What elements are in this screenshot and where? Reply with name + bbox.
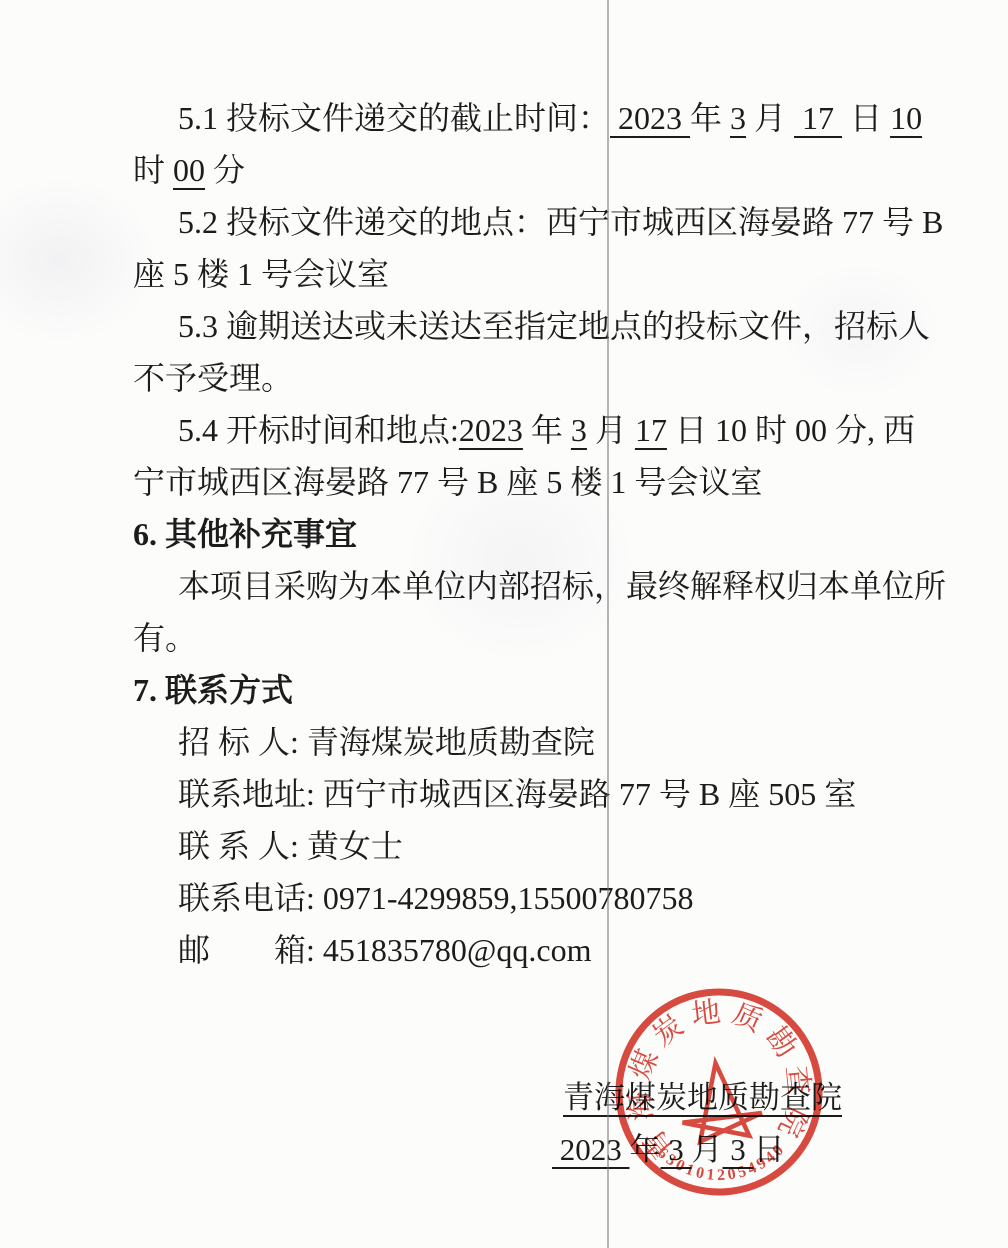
line-15-segment-0: 联 系 人: 黄女士 (178, 828, 403, 864)
line-7-segment-5: 17 (635, 412, 667, 448)
line-3-segment-0: 5.2 投标文件递交的地点：西宁市城西区海晏路 77 号 B (178, 204, 943, 240)
text-line-8: 宁市城西区海晏路 77 号 B 座 5 楼 1 号会议室 (133, 456, 946, 508)
line-7-segment-1: 2023 (459, 412, 523, 448)
line-2-segment-0: 时 (133, 152, 173, 188)
text-line-7: 5.4 开标时间和地点:2023 年 3 月 17 日 10 时 00 分, 西 (133, 404, 946, 456)
line-1-segment-1: 2023 (610, 100, 690, 136)
line-6-segment-0: 不予受理。 (133, 360, 293, 396)
line-14-segment-0: 联系地址: 西宁市城西区海晏路 77 号 B 座 505 室 (178, 776, 856, 812)
line-2-segment-2: 分 (205, 152, 245, 188)
stamp-group: 青海煤炭地质勘查院 6301012054940 (608, 981, 831, 1204)
line-2-segment-1: 00 (173, 152, 205, 188)
line-1-segment-7: 10 (890, 100, 922, 136)
document-page: 5.1 投标文件递交的截止时间： 2023 年 3 月 17 日 10时 00 … (0, 0, 1008, 1248)
line-9-segment-0: 6. 其他补充事宜 (133, 516, 357, 552)
line-12-segment-0: 7. 联系方式 (133, 672, 293, 708)
text-line-14: 联系地址: 西宁市城西区海晏路 77 号 B 座 505 室 (133, 768, 946, 820)
text-line-15: 联 系 人: 黄女士 (133, 820, 946, 872)
line-16-segment-0: 联系电话: 0971-4299859,15500780758 (178, 880, 694, 916)
text-line-9: 6. 其他补充事宜 (133, 508, 946, 560)
text-line-2: 时 00 分 (133, 144, 946, 196)
line-10-segment-0: 本项目采购为本单位内部招标，最终解释权归本单位所 (178, 568, 946, 604)
line-4-segment-0: 座 5 楼 1 号会议室 (133, 256, 389, 292)
line-7-segment-6: 日 10 时 00 分, 西 (667, 412, 915, 448)
line-17-segment-0: 邮 箱: 451835780@qq.com (178, 932, 591, 968)
text-line-11: 有。 (133, 612, 946, 664)
text-line-17: 邮 箱: 451835780@qq.com (133, 924, 946, 976)
fold-line (607, 0, 609, 1248)
star-icon (676, 1058, 764, 1143)
text-line-1: 5.1 投标文件递交的截止时间： 2023 年 3 月 17 日 10 (133, 92, 946, 144)
text-line-4: 座 5 楼 1 号会议室 (133, 248, 946, 300)
line-7-segment-4: 月 (587, 412, 635, 448)
official-stamp: 青海煤炭地质勘查院 6301012054940 (607, 980, 831, 1204)
document-body: 5.1 投标文件递交的截止时间： 2023 年 3 月 17 日 10时 00 … (133, 92, 946, 976)
text-line-16: 联系电话: 0971-4299859,15500780758 (133, 872, 946, 924)
line-1-segment-2: 年 (690, 100, 730, 136)
line-1-segment-5: 17 (794, 100, 842, 136)
line-1-segment-3: 3 (730, 100, 746, 136)
text-line-6: 不予受理。 (133, 352, 946, 404)
line-1-segment-6: 日 (842, 100, 890, 136)
line-7-segment-2: 年 (523, 412, 571, 448)
line-13-segment-0: 招 标 人: 青海煤炭地质勘查院 (178, 724, 595, 760)
line-1-segment-4: 月 (746, 100, 794, 136)
line-7-segment-0: 5.4 开标时间和地点: (178, 412, 459, 448)
line-1-segment-0: 5.1 投标文件递交的截止时间： (178, 100, 610, 136)
text-line-13: 招 标 人: 青海煤炭地质勘查院 (133, 716, 946, 768)
line-7-segment-3: 3 (571, 412, 587, 448)
text-line-12: 7. 联系方式 (133, 664, 946, 716)
line-8-segment-0: 宁市城西区海晏路 77 号 B 座 5 楼 1 号会议室 (133, 464, 762, 500)
text-line-3: 5.2 投标文件递交的地点：西宁市城西区海晏路 77 号 B (133, 196, 946, 248)
line-5-segment-0: 5.3 逾期送达或未送达至指定地点的投标文件，招标人 (178, 308, 930, 344)
line-11-segment-0: 有。 (133, 620, 197, 656)
stamp-org-arc-text: 青海煤炭地质勘查院 (612, 985, 823, 1170)
text-line-5: 5.3 逾期送达或未送达至指定地点的投标文件，招标人 (133, 300, 946, 352)
text-line-10: 本项目采购为本单位内部招标，最终解释权归本单位所 (133, 560, 946, 612)
